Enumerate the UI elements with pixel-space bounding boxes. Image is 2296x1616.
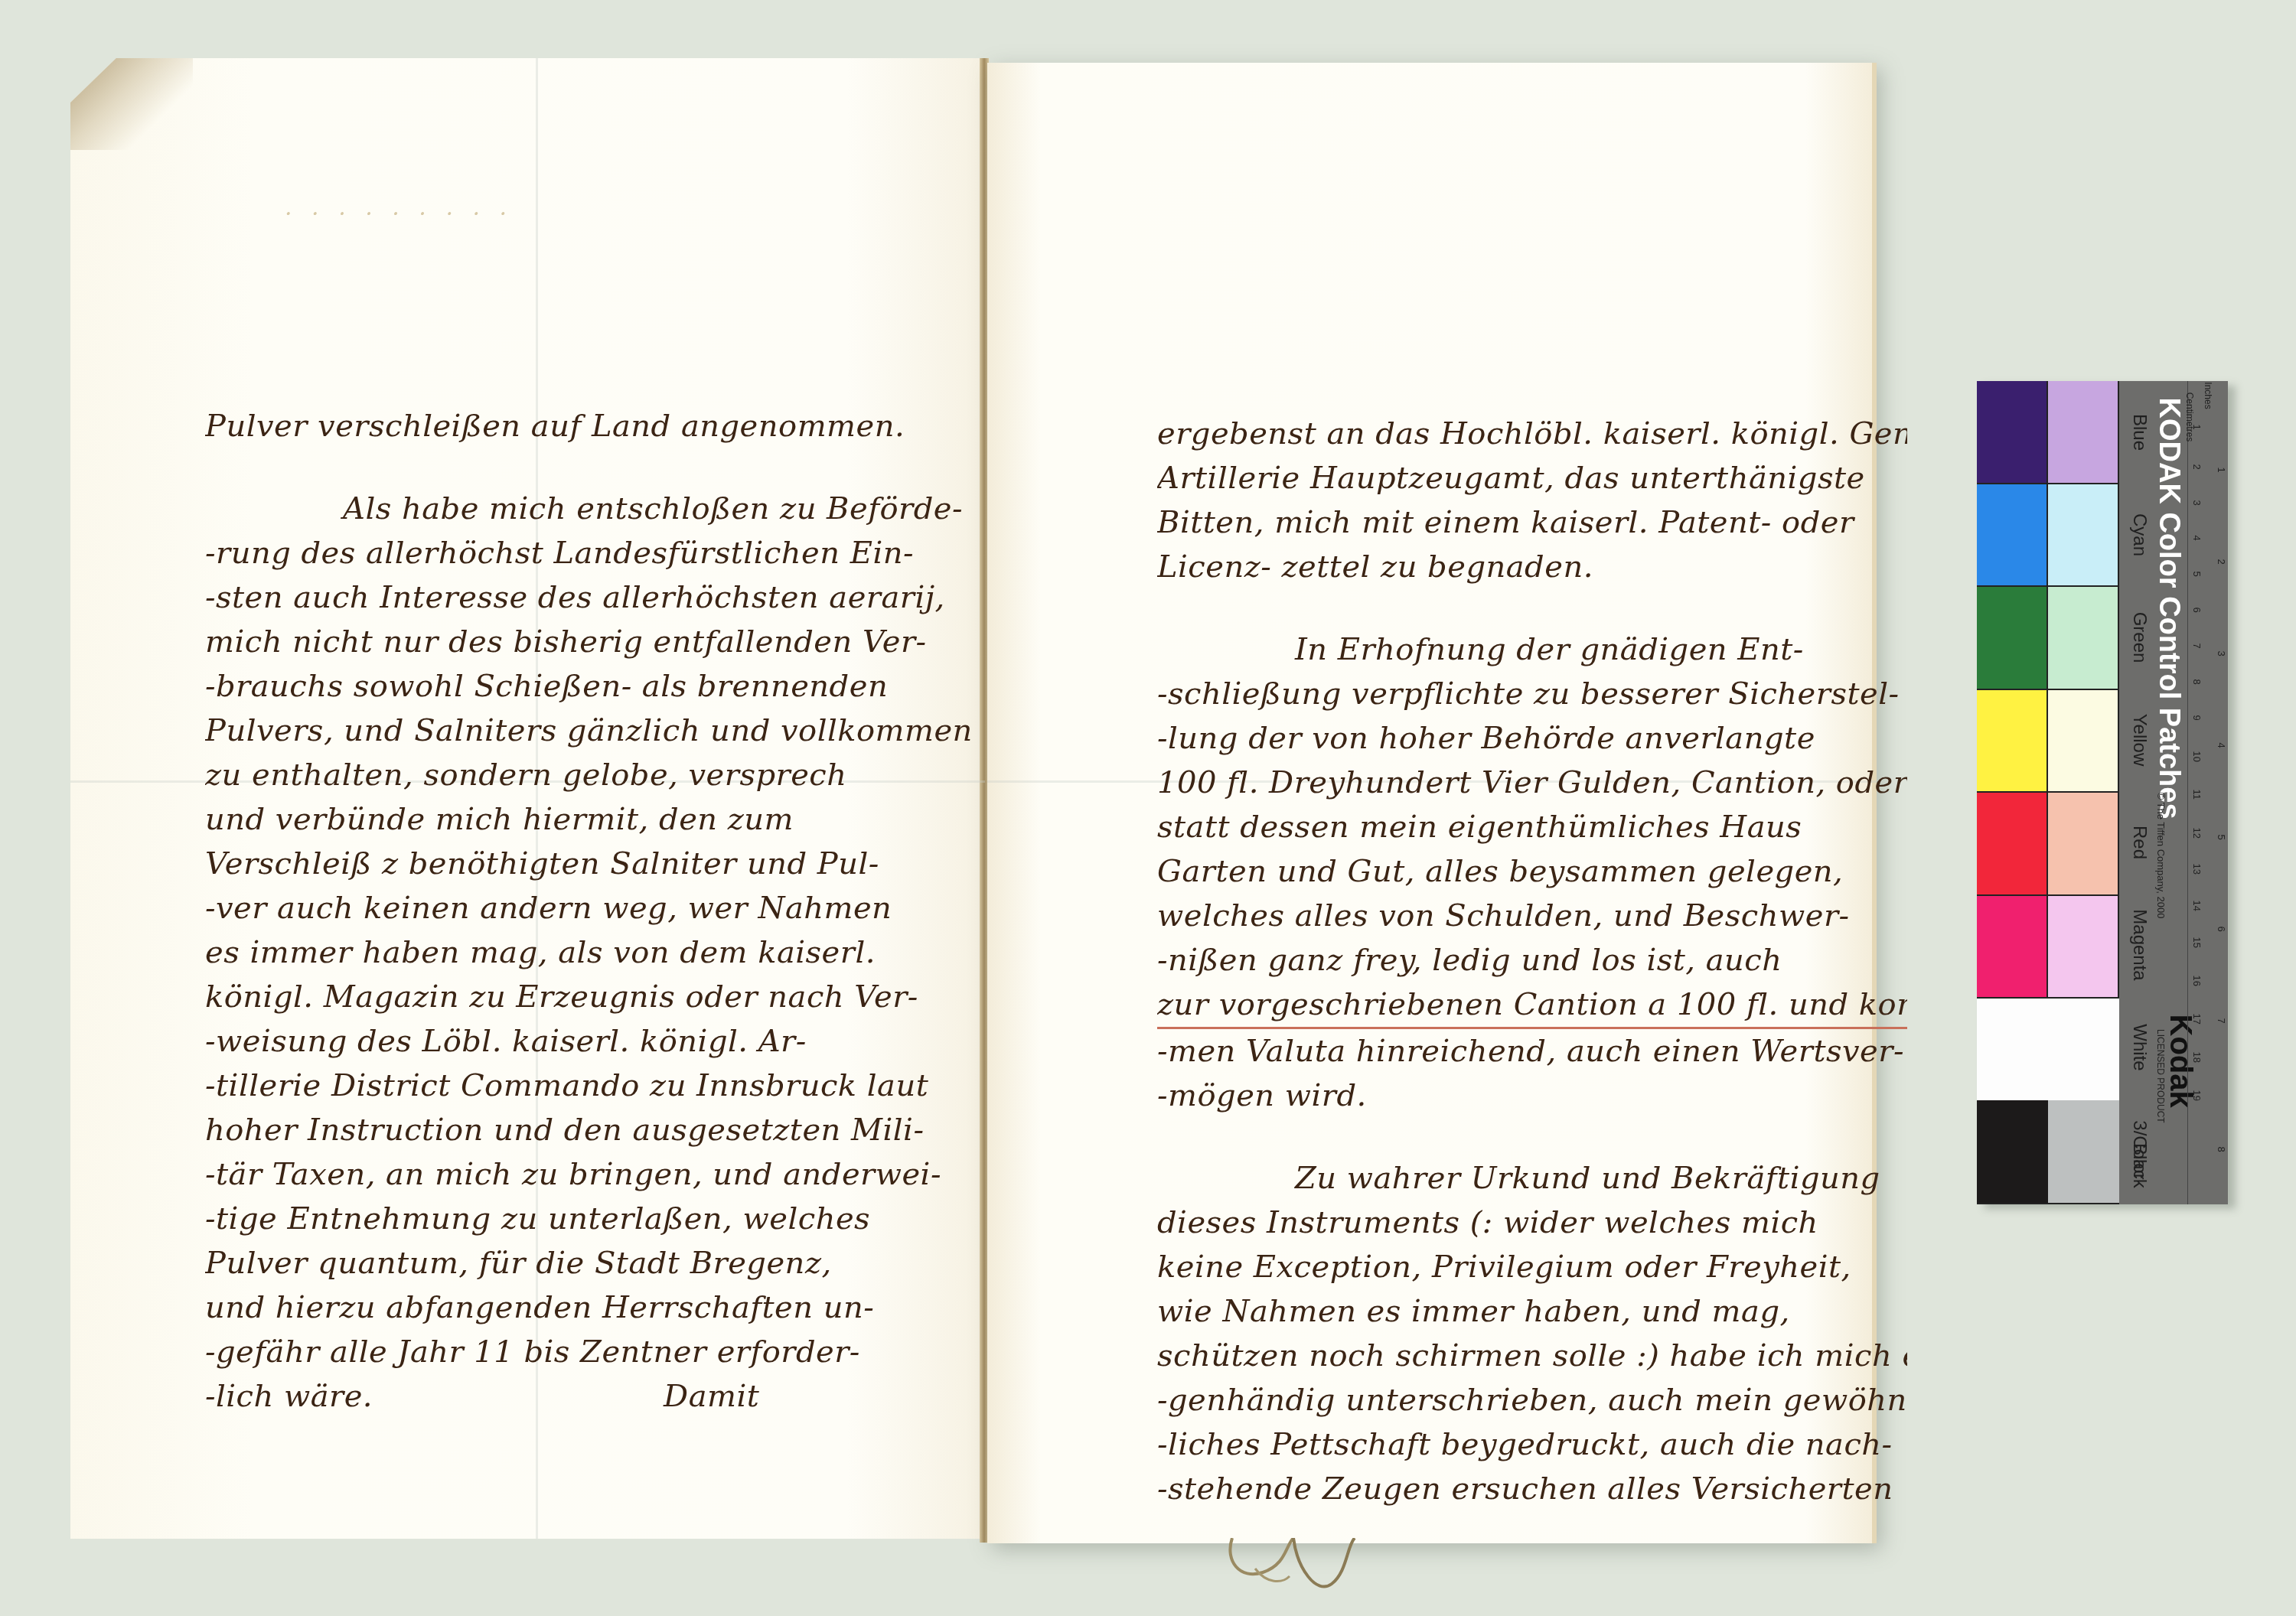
text-line: Garten und Gut, alles beysammen gelegen, <box>1157 849 1907 894</box>
cm-tick-label: 4 <box>2191 536 2203 549</box>
label-white: White <box>2124 996 2154 1099</box>
patch-row-white <box>1977 999 2119 1102</box>
faint-bleedthrough-text: · · · · · · · · · <box>285 200 513 227</box>
inch-tick-label: 1 <box>2216 468 2227 478</box>
text-line: -genhändig unterschrieben, auch mein gew… <box>1157 1378 1907 1422</box>
patch-blue-dark <box>1977 381 2048 483</box>
text-line: und hierzu abfangenden Herrschaften un- <box>205 1285 970 1330</box>
label-black: Black <box>2124 1125 2154 1201</box>
inch-tick-label: 5 <box>2216 835 2227 845</box>
cm-tick-label: 13 <box>2191 864 2203 878</box>
cm-tick-label: 16 <box>2191 976 2203 989</box>
text-line: Pulvers, und Salniters gänzlich und voll… <box>205 709 970 753</box>
cm-tick-label: 12 <box>2191 828 2203 842</box>
text-line: -tär Taxen, an mich zu bringen, und ande… <box>205 1152 970 1197</box>
color-patches <box>1977 381 2119 1204</box>
text-line: -tige Entnehmung zu unterlaßen, welches <box>205 1197 970 1241</box>
text-line: mich nicht nur des bisherig entfallenden… <box>205 620 970 664</box>
licensed-product-label: LICENSED PRODUCT <box>2155 1029 2166 1152</box>
text-line: -sten auch Interesse des allerhöchsten a… <box>205 575 970 620</box>
inch-tick-label: 7 <box>2216 1018 2227 1029</box>
text-line: -schließung verpflichte zu besserer Sich… <box>1157 672 1907 716</box>
text-line: Verschleiß z benöthigten Salniter und Pu… <box>205 842 970 886</box>
patch-cyan-dark <box>1977 484 2048 586</box>
text-line: -ver auch keinen andern weg, wer Nahmen <box>205 886 970 930</box>
text-line: Pulver quantum, für die Stadt Bregenz, <box>205 1241 970 1285</box>
text-line: -stehende Zeugen ersuchen alles Versiche… <box>1157 1467 1907 1511</box>
kodak-color-chart: Blue Cyan Green Yellow Red Magenta White… <box>1977 381 2228 1204</box>
text-line: Als habe mich entschloßen zu Beförde- <box>205 487 970 531</box>
catchword: Damit <box>664 1374 759 1419</box>
text-line: dieses Instruments (: wider welches mich <box>1157 1201 1907 1245</box>
cm-tick-label: 10 <box>2191 751 2203 765</box>
chart-title: KODAK Color Control Patches <box>2152 398 2185 826</box>
cm-tick-label: 6 <box>2191 608 2203 621</box>
patch-magenta-dark <box>1977 896 2048 998</box>
ruler-scale: Centimetres Inches 1 2 3 4 5 6 7 8 9 10 … <box>2187 381 2228 1204</box>
patch-row-yellow <box>1977 690 2119 793</box>
text-line: -brauchs sowohl Schießen- als brennenden <box>205 664 970 709</box>
cm-tick-label: 15 <box>2191 937 2203 951</box>
patch-white <box>1977 999 2119 1100</box>
text-line: -liches Pettschaft beygedruckt, auch die… <box>1157 1422 1907 1467</box>
ruler-strip: Blue Cyan Green Yellow Red Magenta White… <box>2119 381 2228 1204</box>
label-blue: Blue <box>2124 381 2154 484</box>
patch-row-green <box>1977 587 2119 690</box>
patch-green-dark <box>1977 587 2048 689</box>
text-line: zu enthalten, sondern gelobe, versprech <box>205 753 970 797</box>
chart-copyright: © The Tiffen Company, 2000 <box>2155 793 2167 1022</box>
patch-magenta-light <box>2048 896 2119 998</box>
patch-yellow-dark <box>1977 690 2048 792</box>
inch-tick-label: 8 <box>2216 1147 2227 1158</box>
text-line: -tillerie District Commando zu Innsbruck… <box>205 1064 970 1108</box>
text-line: hoher Instruction und den ausgesetzten M… <box>205 1108 970 1152</box>
cm-tick-label: 18 <box>2191 1052 2203 1066</box>
text-line: -nißen ganz frey, ledig und los ist, auc… <box>1157 938 1907 982</box>
patch-cyan-light <box>2048 484 2119 586</box>
chart-title-column: KODAK Color Control Patches © The Tiffen… <box>2153 381 2188 1204</box>
text-line: Bitten, mich mit einem kaiserl. Patent- … <box>1157 500 1907 545</box>
cm-tick-label: 9 <box>2191 715 2203 729</box>
binding-string-icon <box>1225 1538 1362 1599</box>
patch-row-blue <box>1977 381 2119 484</box>
label-red: Red <box>2124 791 2154 894</box>
text-line-underlined: zur vorgeschriebenen Cantion a 100 fl. u… <box>1157 982 1907 1029</box>
inch-tick-label: 6 <box>2216 927 2227 937</box>
inch-tick-label: 2 <box>2216 559 2227 570</box>
text-line-final: -lich wäre. Damit <box>205 1374 970 1419</box>
patch-black-dark <box>1977 1100 2048 1203</box>
patch-row-cyan <box>1977 484 2119 588</box>
text-line: welches alles von Schulden, und Beschwer… <box>1157 894 1907 938</box>
cm-tick-label: 7 <box>2191 643 2203 657</box>
text-line: Pulver verschleißen auf Land angenommen. <box>205 404 970 448</box>
label-magenta: Magenta <box>2124 894 2154 996</box>
text-line: Licenz- zettel zu begnaden. <box>1157 545 1907 589</box>
text-line: statt dessen mein eigenthümliches Haus <box>1157 805 1907 849</box>
text-line: -mögen wird. <box>1157 1074 1907 1118</box>
inch-tick-label: 4 <box>2216 743 2227 754</box>
label-green: Green <box>2124 586 2154 689</box>
cm-tick-label: 8 <box>2191 679 2203 693</box>
patch-blue-light <box>2048 381 2119 483</box>
text-line: königl. Magazin zu Erzeugnis oder nach V… <box>205 975 970 1019</box>
label-cyan: Cyan <box>2124 484 2154 586</box>
text-line: -rung des allerhöchst Landesfürstlichen … <box>205 531 970 575</box>
text-line: Artillerie Hauptzeugamt, das unterthänig… <box>1157 456 1907 500</box>
patch-green-light <box>2048 587 2119 689</box>
cm-tick-label: 2 <box>2191 464 2203 478</box>
patch-yellow-light <box>2048 690 2119 792</box>
cm-tick-label: 17 <box>2191 1014 2203 1028</box>
text-line: es immer haben mag, als von dem kaiserl. <box>205 930 970 975</box>
cm-tick-label: 11 <box>2191 790 2203 803</box>
cm-tick-label: 1 <box>2191 425 2203 438</box>
inch-tick-label: 3 <box>2216 651 2227 662</box>
text-line: schützen noch schirmen solle :) habe ich… <box>1157 1334 1907 1378</box>
patch-row-red <box>1977 793 2119 896</box>
color-labels: Blue Cyan Green Yellow Red Magenta White… <box>2124 381 2154 1204</box>
patch-red-light <box>2048 793 2119 894</box>
inches-label: Inches <box>2203 382 2213 409</box>
text-line: ergebenst an das Hochlöbl. kaiserl. köni… <box>1157 412 1907 456</box>
patch-row-magenta <box>1977 896 2119 999</box>
text-line: -lung der von hoher Behörde anverlangte <box>1157 716 1907 761</box>
text-line: wie Nahmen es immer haben, und mag, <box>1157 1289 1907 1334</box>
text-line: Zu wahrer Urkund und Bekräftigung <box>1157 1156 1907 1201</box>
text-line: -weisung des Löbl. kaiserl. königl. Ar- <box>205 1019 970 1064</box>
patch-black-light <box>2048 1100 2119 1203</box>
text-line: -lich wäre. <box>205 1374 373 1419</box>
cm-tick-label: 14 <box>2191 901 2203 914</box>
right-page-text: ergebenst an das Hochlöbl. kaiserl. köni… <box>1157 412 1907 1511</box>
text-line: -men Valuta hinreichend, auch einen Wert… <box>1157 1029 1907 1074</box>
text-line: keine Exception, Privilegium oder Freyhe… <box>1157 1245 1907 1289</box>
patch-row-black <box>1977 1100 2119 1203</box>
left-page-text: Pulver verschleißen auf Land angenommen.… <box>205 404 970 1419</box>
cm-tick-label: 5 <box>2191 572 2203 585</box>
patch-red-dark <box>1977 793 2048 894</box>
text-line: und verbünde mich hiermit, den zum <box>205 797 970 842</box>
text-line: -gefähr alle Jahr 11 bis Zentner erforde… <box>205 1330 970 1374</box>
cm-tick-label: 19 <box>2191 1090 2203 1104</box>
text-line: 100 fl. Dreyhundert Vier Gulden, Cantion… <box>1157 761 1907 805</box>
cm-tick-label: 3 <box>2191 500 2203 514</box>
label-yellow: Yellow <box>2124 689 2154 791</box>
text-line: In Erhofnung der gnädigen Ent- <box>1157 627 1907 672</box>
